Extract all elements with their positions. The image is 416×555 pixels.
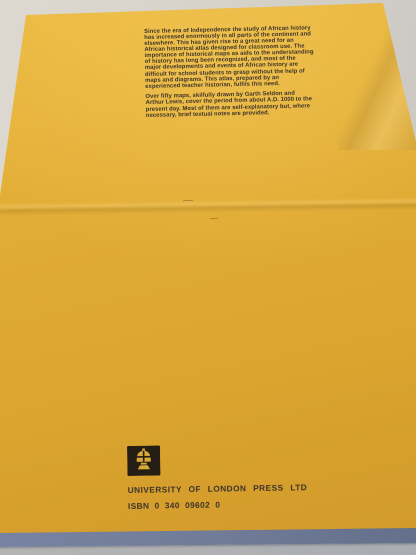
publisher-block: UNIVERSITY OF LONDON PRESS LTD ISBN 0 34…: [127, 443, 307, 511]
publisher-name: UNIVERSITY OF LONDON PRESS LTD: [128, 483, 308, 495]
publisher-logo-icon: [127, 445, 160, 476]
horizontal-crease: [0, 197, 416, 216]
book-back-cover: Since the era of Independence the study …: [0, 0, 416, 555]
isbn-number: ISBN 0 340 09602 0: [128, 499, 308, 511]
ink-speck: [210, 218, 218, 220]
book-photo: Since the era of Independence the study …: [0, 0, 416, 555]
blurb-paragraph-2: Over fifty maps, skilfully drawn by Gart…: [145, 90, 355, 119]
back-cover-blurb: Since the era of Independence the study …: [144, 24, 356, 118]
blurb-paragraph-1: Since the era of Independence the study …: [144, 24, 355, 89]
